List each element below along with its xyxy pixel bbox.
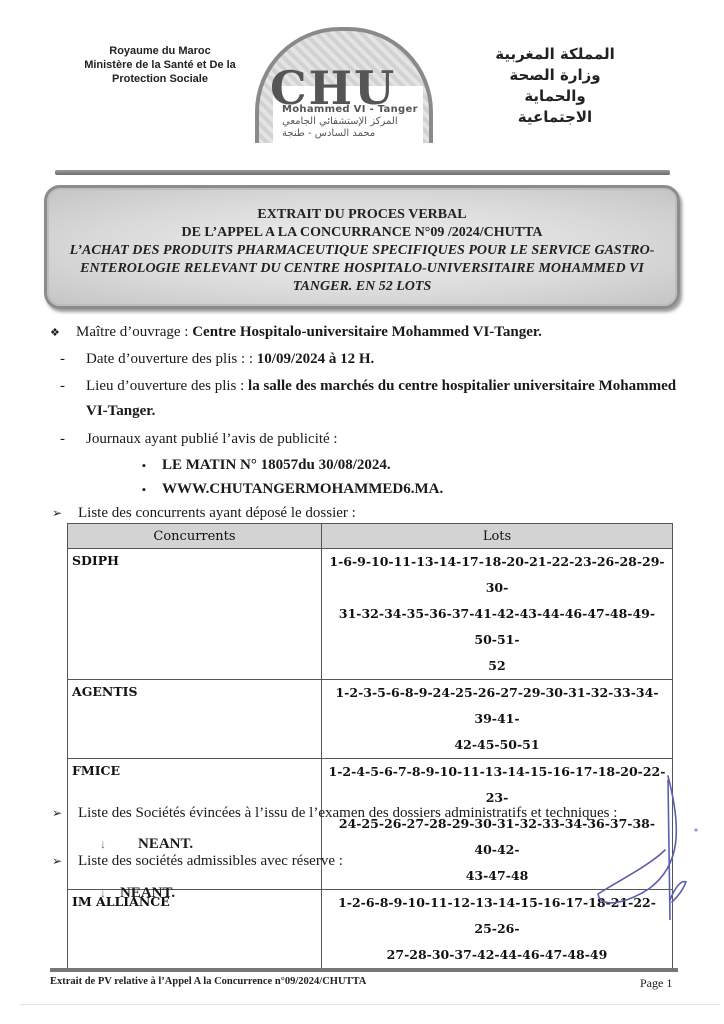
lots-line: 42-45-50-51 — [328, 732, 666, 758]
lieu-line: -Lieu d’ouverture des plis : la salle de… — [60, 377, 676, 395]
maitre-label: Maître d’ouvrage : — [76, 324, 192, 340]
journal-name: LE MATIN N° 18057du 30/08/2024. — [162, 457, 391, 473]
lots-cell: 1-6-9-10-11-13-14-17-18-20-21-22-23-26-2… — [322, 549, 673, 680]
lots-line: 27-28-30-37-42-44-46-47-48-49 — [328, 942, 666, 968]
maitre-ouvrage-line: ❖Maître d’ouvrage : Centre Hospitalo-uni… — [50, 323, 542, 342]
lots-line: 1-6-9-10-11-13-14-17-18-20-21-22-23-26-2… — [328, 549, 666, 601]
logo-subtitle: Mohammed VI - Tanger — [282, 104, 418, 115]
journaux-label: Journaux ayant publié l’avis de publicit… — [86, 431, 338, 447]
title-line-3: L’ACHAT DES PRODUITS PHARMACEUTIQUE SPEC… — [47, 242, 677, 296]
journal-item: ▪WWW.CHUTANGERMOHAMMED6.MA. — [142, 480, 443, 499]
diamond-bullet-icon: ❖ — [50, 324, 76, 342]
concurrents-table: Concurrents Lots SDIPH1-6-9-10-11-13-14-… — [67, 523, 673, 969]
square-bullet-icon: ▪ — [142, 457, 162, 475]
header-right-line: الاجتماعية — [480, 107, 630, 128]
dash-bullet-icon: - — [60, 377, 86, 395]
header-left-line: Protection Sociale — [80, 72, 240, 86]
arrow-bullet-icon: ➢ — [52, 504, 78, 522]
footer-divider — [50, 968, 678, 972]
down-arrow-bullet-icon: ↓ — [100, 835, 138, 853]
evinces-value: NEANT. — [138, 836, 193, 852]
concurrent-name: SDIPH — [68, 549, 322, 680]
header-left-line: Royaume du Maroc — [80, 44, 240, 58]
concurrent-name: AGENTIS — [68, 680, 322, 759]
chu-logo: CHU Mohammed VI - Tanger المركز الإستشفا… — [250, 25, 465, 140]
header-right-block: المملكة المغربية وزارة الصحة والحماية ال… — [480, 44, 630, 128]
lieu-label: Lieu d’ouverture des plis : — [86, 378, 248, 394]
header-left-block: Royaume du Maroc Ministère de la Santé e… — [80, 44, 240, 86]
header-right-line: المملكة المغربية — [480, 44, 630, 65]
lieu-value-cont: VI-Tanger. — [86, 402, 155, 420]
header-left-line: Ministère de la Santé et De la — [80, 58, 240, 72]
lots-line: 52 — [328, 653, 666, 679]
column-header-lots: Lots — [322, 524, 673, 549]
journal-item: ▪LE MATIN N° 18057du 30/08/2024. — [142, 456, 391, 475]
arrow-bullet-icon: ➢ — [52, 852, 78, 870]
liste-concurrents-label: Liste des concurrents ayant déposé le do… — [78, 505, 356, 521]
admissibles-label: Liste des sociétés admissibles avec rése… — [78, 853, 343, 869]
date-value: 10/09/2024 à 12 H. — [257, 351, 375, 367]
date-line: -Date d’ouverture des plis : : 10/09/202… — [60, 350, 374, 368]
table-row: SDIPH1-6-9-10-11-13-14-17-18-20-21-22-23… — [68, 549, 673, 680]
table-header-row: Concurrents Lots — [68, 524, 673, 549]
top-divider — [55, 170, 670, 175]
dash-bullet-icon: - — [60, 350, 86, 368]
admissibles-line: ➢Liste des sociétés admissibles avec rés… — [52, 852, 343, 870]
arrow-bullet-icon: ➢ — [52, 804, 78, 822]
journaux-line: -Journaux ayant publié l’avis de publici… — [60, 430, 338, 448]
admissibles-value: NEANT. — [120, 885, 175, 901]
footer-reference: Extrait de PV relative à l’Appel A la Co… — [50, 976, 366, 987]
journal-name: WWW.CHUTANGERMOHAMMED6.MA. — [162, 481, 443, 497]
dash-bullet-icon: - — [60, 430, 86, 448]
maitre-value: Centre Hospitalo-universitaire Mohammed … — [192, 324, 542, 340]
logo-arabic-line: المركز الإستشفائي الجامعي — [282, 116, 432, 127]
header-right-line: وزارة الصحة والحماية — [480, 65, 630, 107]
page-number: Page 1 — [640, 976, 672, 991]
lots-cell: 1-2-3-5-6-8-9-24-25-26-27-29-30-31-32-33… — [322, 680, 673, 759]
down-arrow-bullet-icon: ↓ — [100, 884, 120, 902]
logo-arabic-line: محمد السادس - طنجة — [282, 128, 432, 139]
lots-line: 31-32-34-35-36-37-41-42-43-44-46-47-48-4… — [328, 601, 666, 653]
evinces-line: ➢Liste des Sociétés évincées à l’issu de… — [52, 804, 617, 822]
liste-concurrents-line: ➢Liste des concurrents ayant déposé le d… — [52, 504, 356, 522]
column-header-concurrents: Concurrents — [68, 524, 322, 549]
title-frame: EXTRAIT DU PROCES VERBAL DE L’APPEL A LA… — [44, 185, 680, 309]
date-label: Date d’ouverture des plis : : — [86, 351, 257, 367]
lieu-value: la salle des marchés du centre hospitali… — [248, 378, 676, 394]
title-line-1: EXTRAIT DU PROCES VERBAL — [47, 206, 677, 224]
square-bullet-icon: ▪ — [142, 481, 162, 499]
title-line-2: DE L’APPEL A LA CONCURRANCE N°09 /2024/C… — [47, 224, 677, 242]
footer-faint-rule — [20, 1004, 720, 1005]
evinces-value-line: ↓NEANT. — [100, 835, 193, 853]
table-row: AGENTIS1-2-3-5-6-8-9-24-25-26-27-29-30-3… — [68, 680, 673, 759]
signature-icon — [590, 770, 710, 920]
evinces-label: Liste des Sociétés évincées à l’issu de … — [78, 805, 617, 821]
admissibles-value-line: ↓NEANT. — [100, 884, 175, 902]
lots-line: 1-2-3-5-6-8-9-24-25-26-27-29-30-31-32-33… — [328, 680, 666, 732]
